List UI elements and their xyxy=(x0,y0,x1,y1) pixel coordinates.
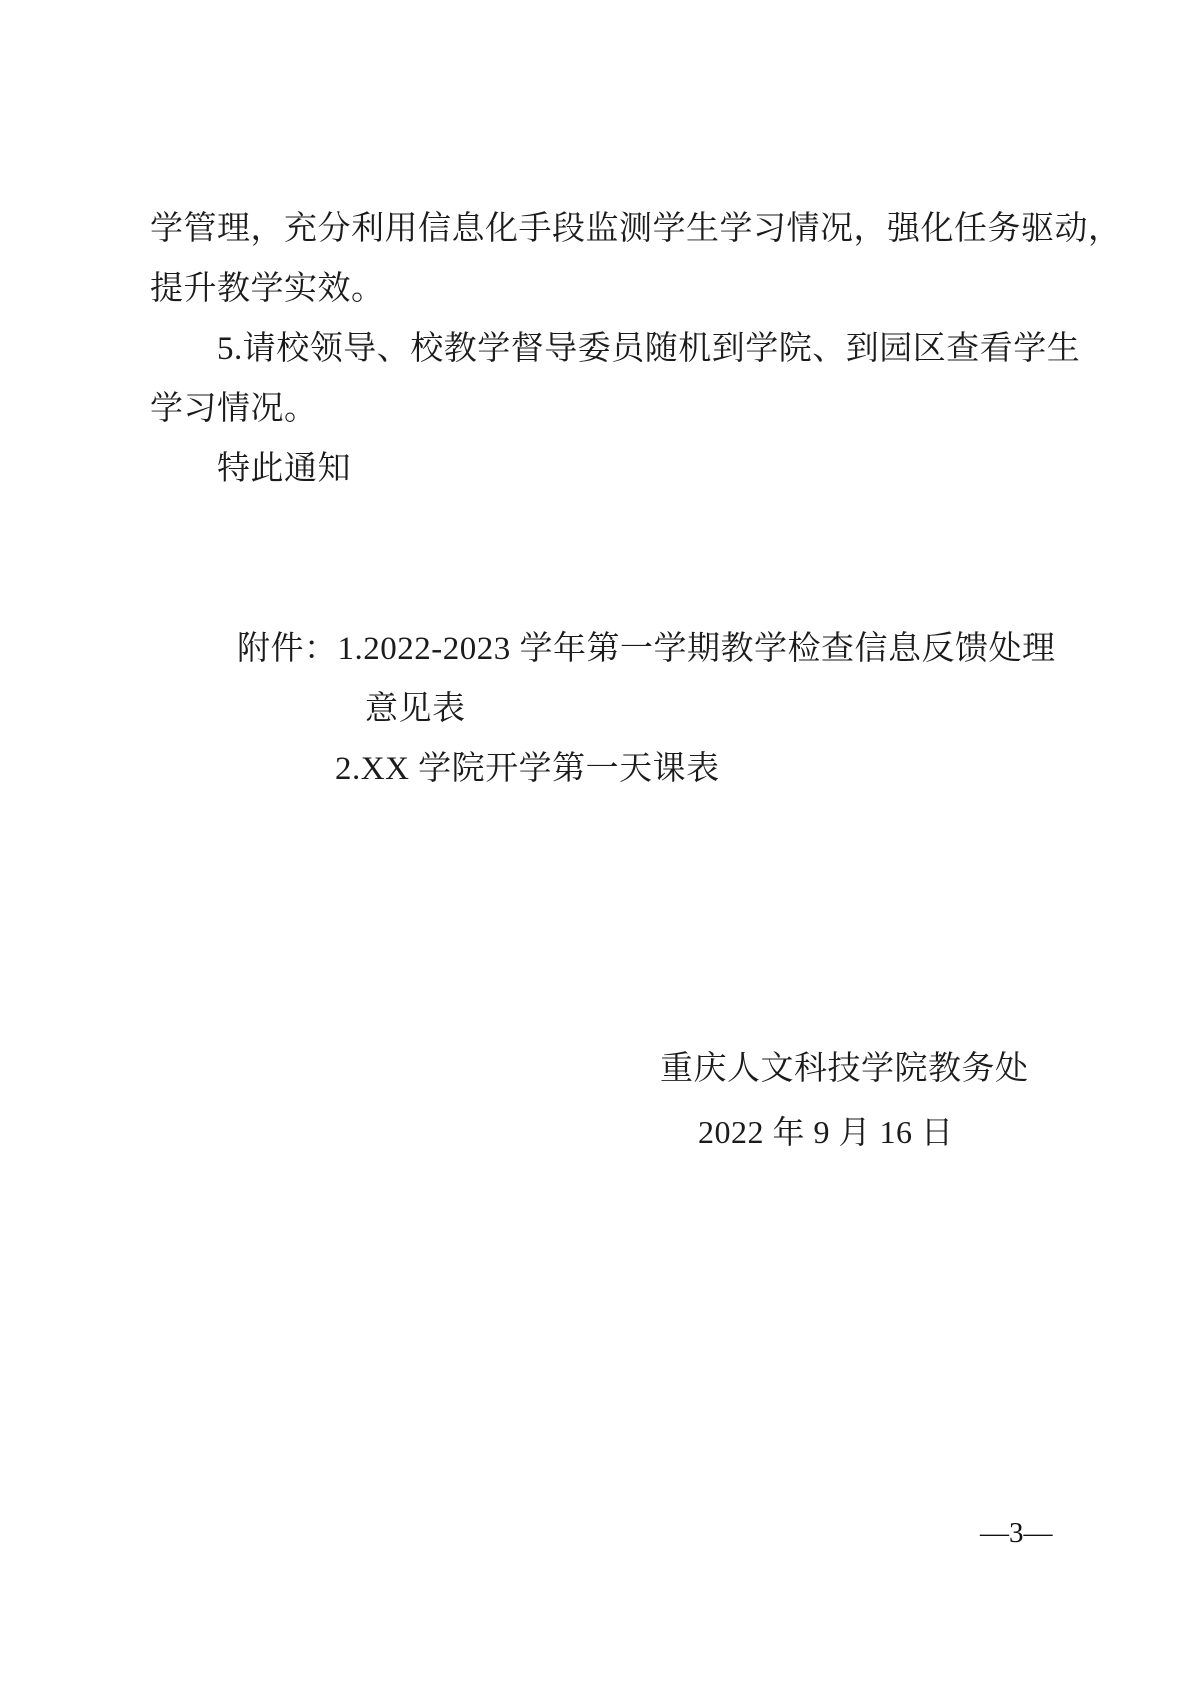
signature-organization: 重庆人文科技学院教务处 xyxy=(660,1049,1029,1089)
closing-notice: 特此通知 xyxy=(217,449,351,489)
body-item5-line1: 5.请校领导、校教学督导委员随机到学院、到园区查看学生 xyxy=(217,329,1080,369)
page-number: —3— xyxy=(980,1516,1042,1550)
body-paragraph4-line1: 学管理，充分利用信息化手段监测学生学习情况，强化任务驱动， xyxy=(150,209,1122,249)
attachment-item1-line1: 附件：1.2022-2023 学年第一学期教学检查信息反馈处理 xyxy=(237,629,1056,669)
body-item5-line2: 学习情况。 xyxy=(150,389,318,429)
attachment-item1-line2: 意见表 xyxy=(365,689,466,729)
attachment-item2: 2.XX 学院开学第一天课表 xyxy=(335,749,720,789)
signature-date: 2022 年 9 月 16 日 xyxy=(698,1112,954,1152)
document-page: 学管理，充分利用信息化手段监测学生学习情况，强化任务驱动， 提升教学实效。 5.… xyxy=(0,0,1191,1684)
body-paragraph4-line2: 提升教学实效。 xyxy=(150,269,385,309)
